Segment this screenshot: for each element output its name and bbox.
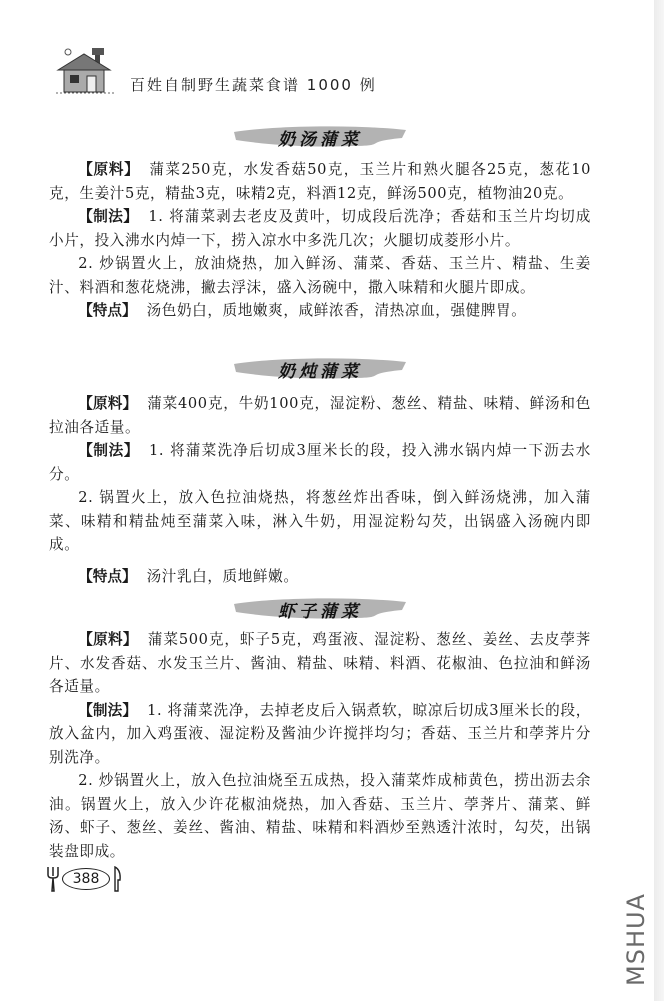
book-title: 百姓自制野生蔬菜食谱 1000 例 <box>130 74 377 95</box>
ingredients: 【原料】蒲菜250克，水发香菇50克，玉兰片和熟火腿各25克，葱花10克，生姜汁… <box>49 158 591 205</box>
page-number: 388 <box>62 868 110 890</box>
recipe-section: 虾子蒲菜 【原料】蒲菜500克，虾子5克，鸡蛋液、湿淀粉、葱丝、姜丝、去皮荸荠片… <box>49 592 591 863</box>
recipe-title: 奶炖蒲菜 <box>230 352 410 386</box>
recipe-section: 奶炖蒲菜 【原料】蒲菜400克，牛奶100克，湿淀粉、葱丝、精盐、味精、鲜汤和色… <box>49 352 591 588</box>
ingredients: 【原料】蒲菜400克，牛奶100克，湿淀粉、葱丝、精盐、味精、鲜汤和色拉油各适量… <box>49 392 591 439</box>
method-step-2: 2. 炒锅置火上，放油烧热，加入鲜汤、蒲菜、香菇、玉兰片、精盐、生姜汁、料酒和葱… <box>49 252 591 299</box>
house-icon <box>56 46 116 94</box>
method-step-2: 2. 锅置火上，放入色拉油烧热，将葱丝炸出香味，倒入鲜汤烧沸，加入蒲菜、味精和精… <box>49 486 591 557</box>
watermark: MSHUA <box>622 893 650 986</box>
fork-icon <box>46 866 60 892</box>
page-edge-shadow <box>654 0 664 1001</box>
knife-icon <box>112 866 122 892</box>
recipe-section: 奶汤蒲菜 【原料】蒲菜250克，水发香菇50克，玉兰片和熟火腿各25克，葱花10… <box>49 120 591 323</box>
ingredients: 【原料】蒲菜500克，虾子5克，鸡蛋液、湿淀粉、葱丝、姜丝、去皮荸荠片、水发香菇… <box>49 628 591 699</box>
features: 【特点】汤汁乳白，质地鲜嫩。 <box>49 565 591 589</box>
method-step-1: 【制法】1. 将蒲菜洗净后切成3厘米长的段，投入沸水锅内焯一下沥去水分。 <box>49 439 591 486</box>
recipe-title: 奶汤蒲菜 <box>230 120 410 154</box>
method-step-2: 2. 炒锅置火上，放入色拉油烧至五成热，投入蒲菜炸成柿黄色，捞出沥去余油。锅置火… <box>49 769 591 863</box>
method-step-1: 【制法】1. 将蒲菜洗净，去掉老皮后入锅煮软，晾凉后切成3厘米长的段，放入盆内，… <box>49 699 591 770</box>
recipe-title: 虾子蒲菜 <box>230 592 410 626</box>
page-number-badge: 388 <box>46 866 126 892</box>
method-step-1: 【制法】1. 将蒲菜剥去老皮及黄叶，切成段后洗净；香菇和玉兰片均切成小片，投入沸… <box>49 205 591 252</box>
features: 【特点】汤色奶白，质地嫩爽，咸鲜浓香，清热凉血，强健脾胃。 <box>49 299 591 323</box>
running-header: 百姓自制野生蔬菜食谱 1000 例 <box>50 46 450 96</box>
